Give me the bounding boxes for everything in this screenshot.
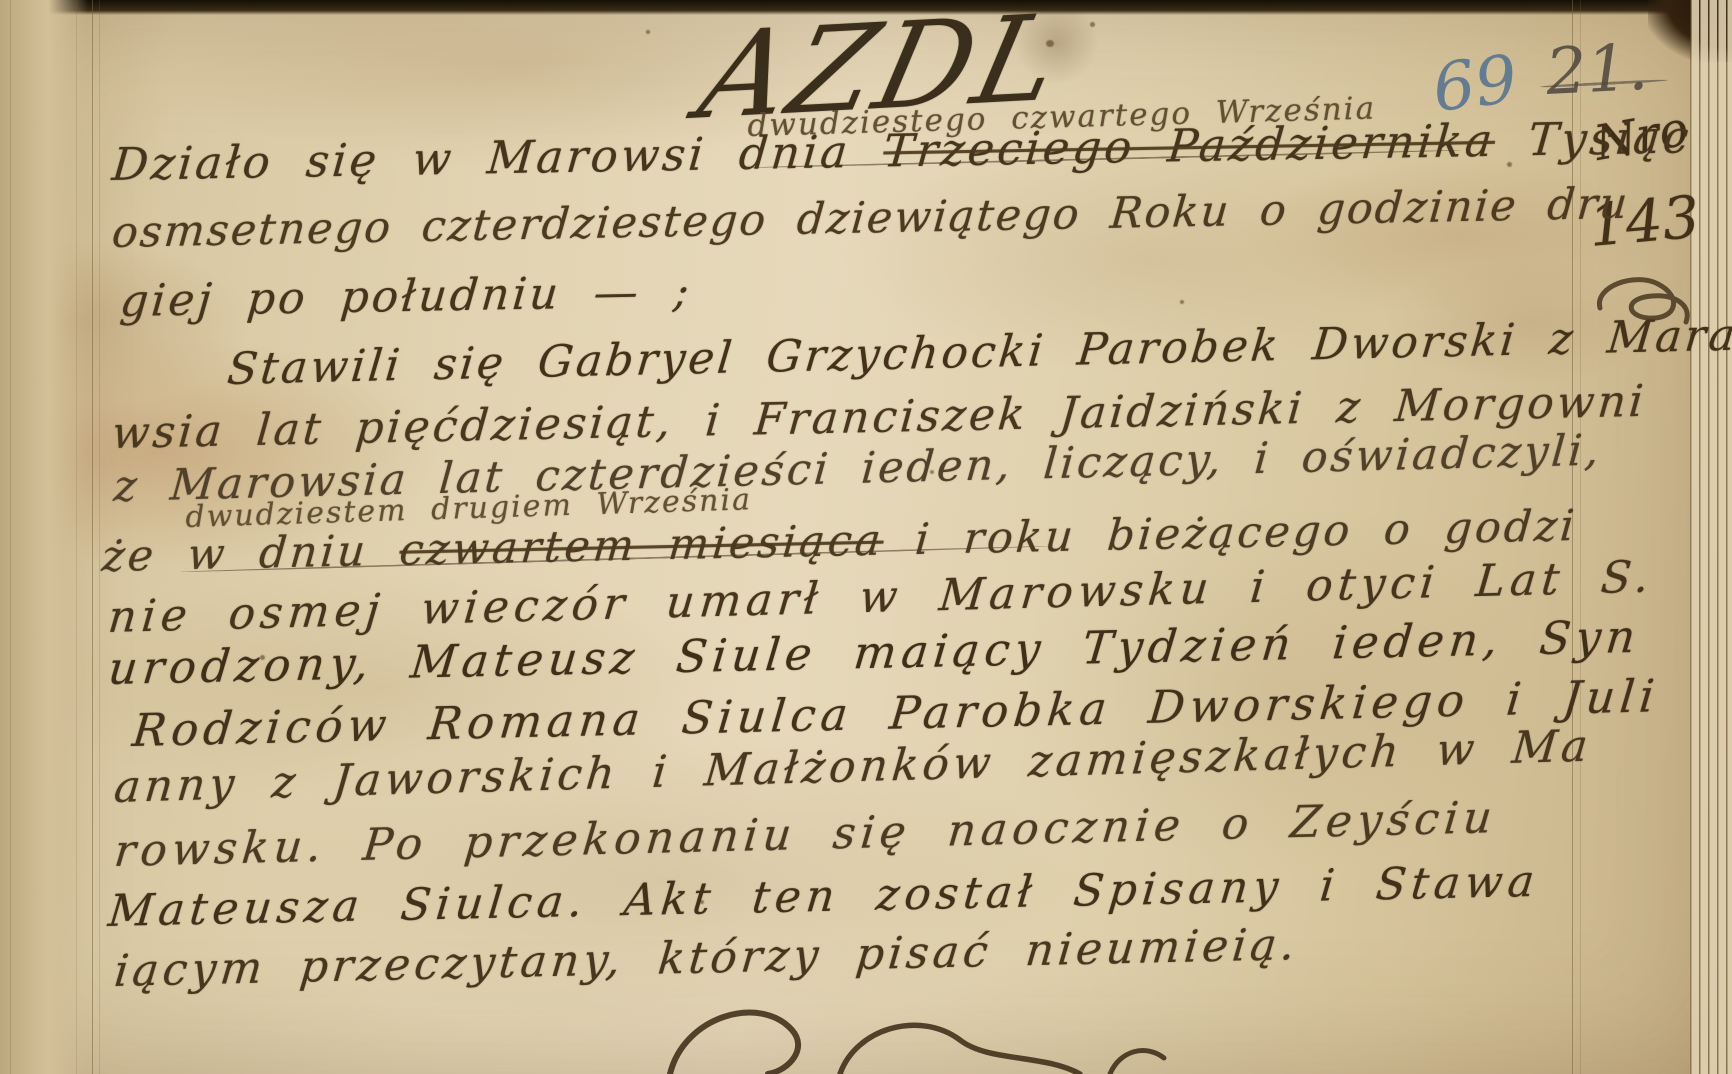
manuscript-line-2: osmsetnego czterdziestego dziewiątego Ro…	[110, 179, 1631, 258]
left-margin-rule-outer	[92, 0, 93, 1074]
ink-speck	[1180, 300, 1184, 304]
line-1-struck-date: Trzeciego Października	[881, 114, 1497, 178]
line-7-struck-date: czwartem miesiąca	[398, 516, 886, 576]
registry-scan-page: AZDL 69 21. Nro 143 dwudziestego czwarte…	[0, 0, 1732, 1074]
line-1-pre: Działo się w Marowsi dnia	[110, 124, 886, 191]
line-7-pre: że w dniu	[100, 526, 402, 582]
ink-speck	[646, 30, 650, 34]
manuscript-line-3: giej po południu — ;	[118, 266, 694, 327]
left-binding-edge	[0, 0, 88, 1074]
line-1-post: Tysiąc	[1493, 110, 1694, 167]
page-number-pencil: 21.	[1544, 31, 1650, 110]
left-edge-line	[10, 0, 11, 1074]
signature-flourish-partial	[640, 992, 1180, 1074]
left-margin-rule-inner	[99, 0, 100, 1074]
left-fold-line	[76, 0, 77, 1074]
right-page-edges	[1690, 0, 1732, 1074]
ink-speck	[1090, 22, 1095, 27]
